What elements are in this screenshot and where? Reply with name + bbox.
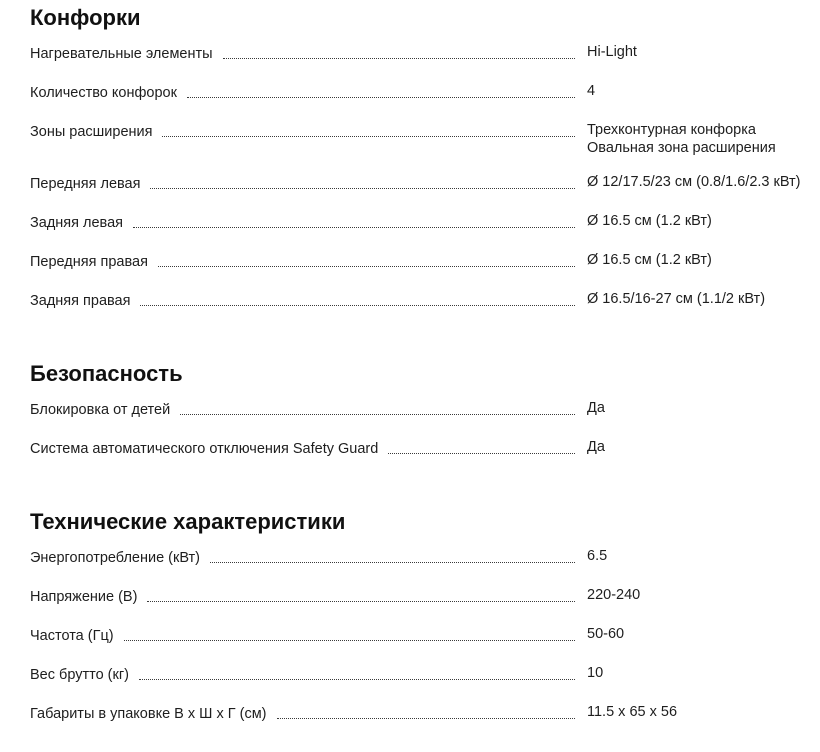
spec-value: 220-240	[575, 582, 640, 604]
spec-label: Задняя правая	[30, 292, 140, 310]
spec-value-line: Овальная зона расширения	[587, 139, 776, 157]
spec-value-line: 10	[587, 664, 603, 682]
spec-value: 10	[575, 660, 603, 682]
spec-row-rear-right: Задняя правая Ø 16.5/16-27 см (1.1/2 кВт…	[30, 286, 820, 325]
spec-list: Блокировка от детей Да Система автоматич…	[30, 395, 820, 473]
spec-value-line: Да	[587, 399, 605, 417]
dotted-leader	[180, 413, 575, 415]
spec-row-package-dimensions: Габариты в упаковке В х Ш х Г (см) 11.5 …	[30, 699, 820, 738]
section-title: Безопасность	[30, 356, 820, 392]
spec-value: 4	[575, 78, 595, 100]
spec-value-line: Да	[587, 438, 605, 456]
spec-label: Напряжение (В)	[30, 588, 147, 606]
spec-value-line: Ø 16.5 см (1.2 кВт)	[587, 212, 712, 230]
spec-list: Нагревательные элементы Hi-Light Количес…	[30, 39, 820, 325]
dotted-leader	[140, 304, 575, 306]
spec-row-frequency: Частота (Гц) 50-60	[30, 621, 820, 660]
spec-row-front-right: Передняя правая Ø 16.5 см (1.2 кВт)	[30, 247, 820, 286]
spec-label: Блокировка от детей	[30, 401, 180, 419]
spec-label: Габариты в упаковке В х Ш х Г (см)	[30, 705, 277, 723]
spec-value: 6.5	[575, 543, 607, 565]
spec-value: Hi-Light	[575, 39, 637, 61]
spec-row-safety-guard: Система автоматического отключения Safet…	[30, 434, 820, 473]
section-title: Технические характеристики	[30, 504, 820, 540]
dotted-leader	[158, 265, 575, 267]
spec-label: Передняя правая	[30, 253, 158, 271]
spec-value-line: Ø 16.5 см (1.2 кВт)	[587, 251, 712, 269]
spec-row-hob-count: Количество конфорок 4	[30, 78, 820, 117]
dotted-leader	[124, 639, 575, 641]
spec-row-front-left: Передняя левая Ø 12/17.5/23 см (0.8/1.6/…	[30, 169, 820, 208]
spec-value-line: 4	[587, 82, 595, 100]
spec-value: Ø 16.5 см (1.2 кВт)	[575, 247, 712, 269]
spec-value: Ø 16.5/16-27 см (1.1/2 кВт)	[575, 286, 765, 308]
dotted-leader	[187, 96, 575, 98]
spec-list: Энергопотребление (кВт) 6.5 Напряжение (…	[30, 543, 820, 738]
spec-row-voltage: Напряжение (В) 220-240	[30, 582, 820, 621]
dotted-leader	[139, 678, 575, 680]
spec-value-line: 6.5	[587, 547, 607, 565]
dotted-leader	[162, 135, 575, 137]
section-safety: Безопасность Блокировка от детей Да Сист…	[30, 356, 820, 473]
dotted-leader	[277, 717, 576, 719]
spec-label: Нагревательные элементы	[30, 45, 223, 63]
spec-label: Передняя левая	[30, 175, 150, 193]
dotted-leader	[388, 452, 575, 454]
spec-value-line: Трехконтурная конфорка	[587, 121, 776, 139]
spec-label: Энергопотребление (кВт)	[30, 549, 210, 567]
spec-row-heating-elements: Нагревательные элементы Hi-Light	[30, 39, 820, 78]
spec-value: 50-60	[575, 621, 624, 643]
spec-label: Частота (Гц)	[30, 627, 124, 645]
spec-value: Да	[575, 434, 605, 456]
section-technical: Технические характеристики Энергопотребл…	[30, 504, 820, 738]
spec-label: Количество конфорок	[30, 84, 187, 102]
dotted-leader	[210, 561, 575, 563]
section-hobs: Конфорки Нагревательные элементы Hi-Ligh…	[30, 0, 820, 325]
spec-label: Задняя левая	[30, 214, 133, 232]
dotted-leader	[150, 187, 575, 189]
spec-row-rear-left: Задняя левая Ø 16.5 см (1.2 кВт)	[30, 208, 820, 247]
spec-value: Да	[575, 395, 605, 417]
spec-value-line: 220-240	[587, 586, 640, 604]
dotted-leader	[133, 226, 575, 228]
spec-value: Трехконтурная конфорка Овальная зона рас…	[575, 117, 776, 157]
section-title: Конфорки	[30, 0, 820, 36]
spec-value-line: Ø 12/17.5/23 см (0.8/1.6/2.3 кВт)	[587, 173, 801, 191]
spec-value-line: 11.5 x 65 x 56	[587, 703, 677, 721]
spec-row-expansion-zones: Зоны расширения Трехконтурная конфорка О…	[30, 117, 820, 169]
spec-label: Вес брутто (кг)	[30, 666, 139, 684]
spec-label: Зоны расширения	[30, 123, 162, 141]
dotted-leader	[147, 600, 575, 602]
spec-row-power: Энергопотребление (кВт) 6.5	[30, 543, 820, 582]
spec-row-child-lock: Блокировка от детей Да	[30, 395, 820, 434]
spec-value: 11.5 x 65 x 56	[575, 699, 677, 721]
spec-value-line: 50-60	[587, 625, 624, 643]
spec-label: Система автоматического отключения Safet…	[30, 440, 388, 458]
spec-value: Ø 16.5 см (1.2 кВт)	[575, 208, 712, 230]
spec-value: Ø 12/17.5/23 см (0.8/1.6/2.3 кВт)	[575, 169, 801, 191]
spec-row-gross-weight: Вес брутто (кг) 10	[30, 660, 820, 699]
spec-value-line: Hi-Light	[587, 43, 637, 61]
dotted-leader	[223, 57, 575, 59]
spec-value-line: Ø 16.5/16-27 см (1.1/2 кВт)	[587, 290, 765, 308]
